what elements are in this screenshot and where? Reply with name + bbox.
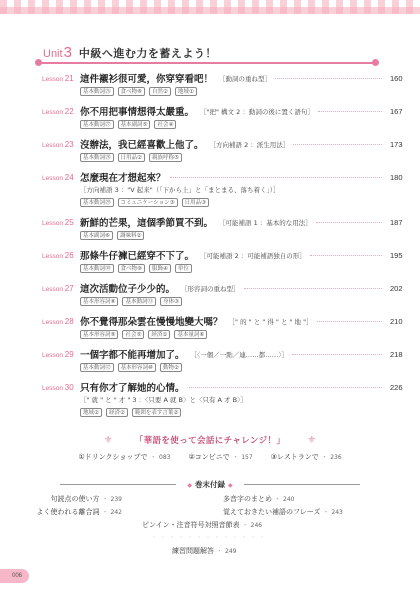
lesson-entry[interactable]: Lesson 24 怎麼現在才想起來？ 180 ［方向補語 3 ："V 起来"（… — [0, 170, 420, 207]
lesson-entry[interactable]: Lesson 27 這次活動位子少少的。 ［形容詞の重ね型］ 202 基本形容詞… — [0, 281, 420, 306]
lesson-topic: ［可能補語 2 ：可能補語独自の形］ — [200, 251, 306, 260]
appendix-list: 句読点の使い方・239 多音字のまとめ・240 よく使われる離合詞・242 覚え… — [0, 493, 420, 558]
dot-leader — [318, 111, 382, 112]
lesson-title: 你不覺得那朵雲在慢慢地變大嗎？ — [80, 314, 223, 328]
lesson-label: Lesson 28 — [42, 317, 80, 326]
divider — [60, 484, 176, 485]
lesson-topic: ［可能補語 1 ：基本的な用法］ — [219, 218, 312, 227]
lesson-title: 沒辦法，我已經喜歡上他了。 — [80, 137, 204, 151]
lesson-label: Lesson 29 — [42, 350, 80, 359]
lesson-title: 一個字都不能再增加了。 — [80, 347, 185, 361]
page-number: 187 — [390, 218, 420, 227]
lesson-entry[interactable]: Lesson 29 一個字都不能再增加了。 ［〈一個／一點／連……都……〉］ 2… — [0, 347, 420, 372]
tag: 基本動詞㉙ — [80, 198, 114, 207]
unit-heading: Unit 3 中級へ進む力を蓄えよう！ — [43, 44, 217, 60]
tag: 地域① — [175, 87, 197, 96]
tag: 基本副詞⑤ — [118, 120, 151, 129]
tag: 基本形容詞⑩ — [118, 363, 156, 372]
tag-list: 基本動詞㉜ 基本形容詞⑩ 動物② — [42, 363, 420, 372]
tag: 身体③ — [160, 297, 182, 306]
dot-leader — [275, 78, 382, 79]
lesson-topic: ［動詞の重ね型］ — [219, 74, 271, 83]
challenge-item[interactable]: ②コンビニで ・ 157 — [188, 452, 252, 462]
lesson-title: 新鮮的芒果，這個季節買不到。 — [80, 215, 213, 229]
page-number: 160 — [390, 74, 420, 83]
tag: 基本形容詞⑨ — [80, 330, 118, 339]
lesson-entry[interactable]: Lesson 23 沒辦法，我已經喜歡上他了。 ［方向補語 2 ：派生用法］ 1… — [0, 137, 420, 162]
tag: 基本副詞⑥ — [80, 231, 113, 240]
tag: 日用品② — [118, 153, 145, 162]
tag: 自然② — [149, 87, 171, 96]
challenge-title: 「華語を使って会話にチャレンジ！」 — [135, 434, 286, 446]
tag-list: 基本形容詞⑧ 基本動詞㉛ 身体③ — [42, 297, 420, 306]
unit-rule — [38, 62, 375, 64]
lesson-title: 只有你才了解她的心情。 — [80, 380, 185, 394]
rule-dot-right — [372, 59, 379, 66]
dot-leader — [292, 354, 382, 355]
lesson-entry[interactable]: Lesson 25 新鮮的芒果，這個季節買不到。 ［可能補語 1 ：基本的な用法… — [0, 215, 420, 240]
page-number: 202 — [390, 284, 420, 293]
unit-number: 3 — [64, 44, 72, 61]
dot-leader — [189, 387, 382, 388]
lesson-title: 這次活動位子少少的。 — [80, 281, 175, 295]
page-number: 218 — [390, 350, 420, 359]
lesson-title: 你不用把事情想得太嚴重。 — [80, 104, 194, 118]
tag: 基本形容詞⑧ — [80, 297, 118, 306]
lesson-topic: ［方向補語 3 ："V 起来"（「下から上」と「まとまる、落ち着く」）］ — [42, 184, 420, 196]
dot-leader — [316, 222, 382, 223]
dot-leader — [317, 321, 382, 322]
tag: 単位 — [175, 264, 192, 273]
tag: 食べ物⑧ — [118, 87, 145, 96]
tag-list: 基本副詞⑥ 調味料② — [42, 231, 420, 240]
page-number: 180 — [390, 173, 420, 182]
tag: 経済② — [106, 408, 128, 417]
tag: 調味料② — [117, 231, 144, 240]
tag: 基本動詞㉛ — [122, 297, 156, 306]
gingham-header-band — [0, 0, 420, 14]
page-number: 210 — [390, 317, 420, 326]
page-number: 173 — [390, 140, 420, 149]
tag: 基本動詞㉖ — [80, 87, 114, 96]
page-number: 195 — [390, 251, 420, 260]
lesson-title: 怎麼現在才想起來？ — [80, 170, 166, 184]
tag: 基本動詞㉜ — [80, 363, 114, 372]
page-number: 167 — [390, 107, 420, 116]
appendix-item[interactable]: 句読点の使い方・239 — [51, 493, 122, 506]
tag: 親族呼称⑤ — [149, 153, 182, 162]
lesson-title: 這件襯衫很可愛，你穿穿看吧！ — [80, 71, 213, 85]
lesson-entry[interactable]: Lesson 26 那條牛仔褲已經穿不下了。 ［可能補語 2 ：可能補語独自の形… — [0, 248, 420, 273]
lesson-label: Lesson 26 — [42, 251, 80, 260]
tag-list: 基本動詞㉘ 日用品② 親族呼称⑤ — [42, 153, 420, 162]
appendix-title: 巻末付録 — [195, 480, 225, 489]
lesson-title: 那條牛仔褲已經穿不下了。 — [80, 248, 194, 262]
tag: 基本動詞㉗ — [80, 120, 114, 129]
tag: 範囲を表す言葉② — [132, 408, 181, 417]
lesson-topic: ［" 的 " と " 得 " と " 地 "］ — [229, 317, 313, 326]
unit-title: 中級へ進む力を蓄えよう！ — [79, 45, 217, 61]
lesson-entry[interactable]: Lesson 28 你不覺得那朵雲在慢慢地變大嗎？ ［" 的 " と " 得 "… — [0, 314, 420, 339]
tag: 社会⑤ — [122, 330, 144, 339]
page-number-tab: 006 — [0, 569, 29, 583]
tag-list: 基本動詞㉙ コミュニケーション③ 日用品③ — [42, 198, 420, 207]
tag: 基本動詞㉚ — [80, 264, 114, 273]
lesson-entry[interactable]: Lesson 30 只有你才了解她的心情。 226 ［" 就 " と " 才 "… — [0, 380, 420, 417]
challenge-section: ⚜ 「華語を使って会話にチャレンジ！」 ⚜ ①ドリンクショップで ・ 083 ②… — [0, 432, 420, 462]
tag-list: 基本形容詞⑨ 社会⑤ 経済① 基本量詞⑥ — [42, 330, 420, 339]
tag-list: 基本動詞㉗ 基本副詞⑤ 社会④ — [42, 120, 420, 129]
lesson-label: Lesson 25 — [42, 218, 80, 227]
lesson-topic: ［"把" 構文 2 ：動詞の後に置く語句］ — [200, 107, 314, 116]
appendix-item[interactable]: 覚えておきたい補語のフレーズ・243 — [223, 506, 343, 519]
divider — [244, 484, 360, 485]
fleur-de-lis-icon: ⚜ — [307, 435, 316, 446]
lesson-entry[interactable]: Lesson 21 這件襯衫很可愛，你穿穿看吧！ ［動詞の重ね型］ 160 基本… — [0, 71, 420, 96]
appendix-item[interactable]: 多音字のまとめ・240 — [223, 493, 294, 506]
diamond-icon: ◆ — [187, 482, 192, 489]
fleur-de-lis-icon: ⚜ — [104, 435, 113, 446]
lesson-label: Lesson 24 — [42, 173, 80, 182]
lesson-label: Lesson 21 — [42, 74, 80, 83]
lesson-label: Lesson 30 — [42, 383, 80, 392]
challenge-item[interactable]: ③レストランで ・ 236 — [271, 452, 342, 462]
tag-list: 基本動詞㉖ 食べ物⑧ 自然② 地域① — [42, 87, 420, 96]
dot-leader — [310, 255, 382, 256]
tag: 動物② — [160, 363, 182, 372]
appendix-item[interactable]: よく使われる離合詞・242 — [37, 506, 122, 519]
dot-leader — [170, 177, 382, 178]
challenge-item[interactable]: ①ドリンクショップで ・ 083 — [78, 452, 170, 462]
tag-list: 基本動詞㉚ 食べ物⑨ 服飾④ 単位 — [42, 264, 420, 273]
tag: 経済① — [148, 330, 170, 339]
tag: 服飾④ — [149, 264, 171, 273]
appendix-heading: ◆巻末付録◆ — [60, 479, 360, 490]
tag-list: 地域② 経済② 範囲を表す言葉② — [42, 408, 420, 417]
tag: 基本動詞㉘ — [80, 153, 114, 162]
lesson-list: Lesson 21 這件襯衫很可愛，你穿穿看吧！ ［動詞の重ね型］ 160 基本… — [0, 71, 420, 425]
lesson-label: Lesson 23 — [42, 140, 80, 149]
dot-leader — [244, 288, 382, 289]
unit-label: Unit — [43, 48, 63, 60]
appendix-item[interactable]: 練習問題解答・249 — [172, 545, 236, 558]
lesson-label: Lesson 27 — [42, 284, 80, 293]
lesson-topic: ［" 就 " と " 才 " 3 ：〈只要 A 就 B〉と〈只有 A 才 B〉］ — [42, 394, 420, 406]
lesson-topic: ［方向補語 2 ：派生用法］ — [210, 140, 290, 149]
tag: コミュニケーション③ — [118, 198, 178, 207]
tag: 地域② — [80, 408, 102, 417]
lesson-entry[interactable]: Lesson 22 你不用把事情想得太嚴重。 ［"把" 構文 2 ：動詞の後に置… — [0, 104, 420, 129]
lesson-topic: ［〈一個／一點／連……都……〉］ — [191, 350, 289, 359]
dotted-separator: ・・・・・・・・・・・・・ — [0, 532, 420, 545]
tag: 基本量詞⑥ — [174, 330, 207, 339]
appendix-item[interactable]: ピンイン・注音符号対照音節表・246 — [142, 519, 262, 532]
dot-leader — [293, 144, 382, 145]
tag: 食べ物⑨ — [118, 264, 145, 273]
page-number: 226 — [390, 383, 420, 392]
tag: 社会④ — [154, 120, 176, 129]
lesson-label: Lesson 22 — [42, 107, 80, 116]
tag: 日用品③ — [182, 198, 209, 207]
diamond-icon: ◆ — [228, 482, 233, 489]
lesson-topic: ［形容詞の重ね型］ — [181, 284, 240, 293]
